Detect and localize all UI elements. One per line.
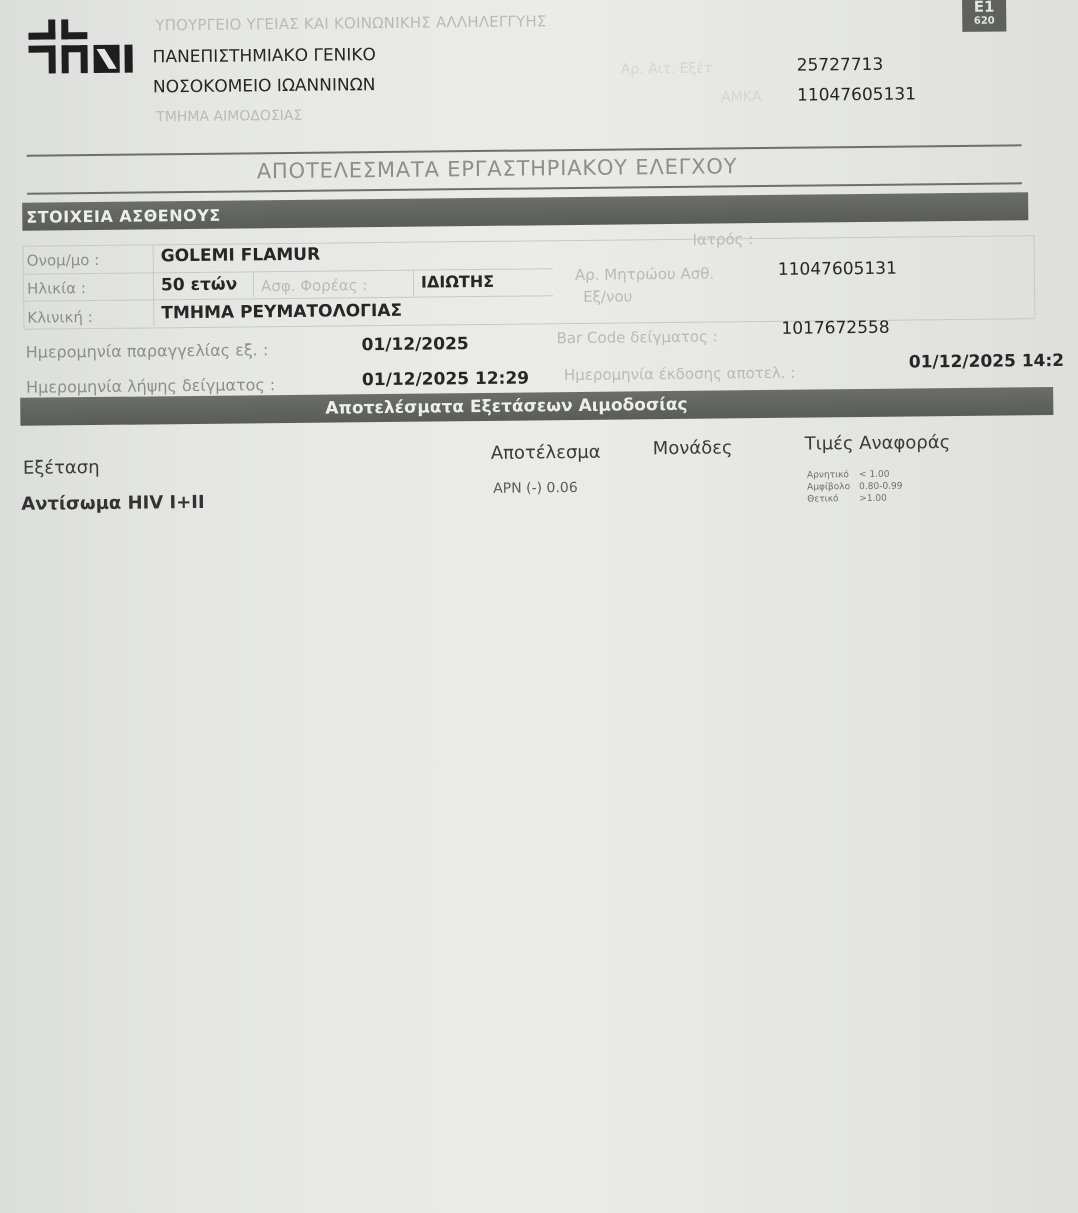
patient-clinic: ΤΜΗΜΑ ΡΕΥΜΑΤΟΛΟΓΙΑΣ [161, 301, 402, 324]
patient-insurer: ΙΔΙΩΤΗΣ [421, 272, 494, 292]
order-date-label: Ημερομηνία παραγγελίας εξ. : [26, 340, 269, 362]
form-code: E1 [974, 0, 995, 16]
column-reference: Τιμές Αναφοράς [805, 432, 951, 455]
request-number: 25727713 [797, 55, 884, 76]
results-section-title: Αποτελέσματα Εξετάσεων Αιμοδοσίας [325, 395, 687, 419]
release-date: 01/12/2025 14:2 [909, 351, 1064, 373]
patient-section-header: ΣΤΟΙΧΕΙΑ ΑΣΘΕΝΟΥΣ [22, 192, 1028, 231]
form-number: 620 [962, 15, 1006, 27]
test-result: ΑΡΝ (-) 0.06 [493, 480, 578, 497]
patient-name: GOLEMI FLAMUR [161, 245, 321, 267]
divider [27, 182, 1022, 194]
barcode-label: Bar Code δείγματος : [556, 328, 717, 348]
form-code-badge: E1 620 [962, 0, 1006, 32]
column-units: Μονάδες [653, 437, 733, 459]
divider [27, 144, 1022, 156]
document-title: ΑΠΟΤΕΛΕΣΜΑΤΑ ΕΡΓΑΣΤΗΡΙΑΚΟΥ ΕΛΕΓΧΟΥ [257, 154, 738, 183]
test-name: Αντίσωμα HIV I+II [21, 492, 205, 515]
department-name: ΤΜΗΜΑ ΑΙΜΟΔΟΣΙΑΣ [156, 108, 302, 126]
doctor-label: Ιατρός : [692, 230, 753, 249]
order-date: 01/12/2025 [362, 334, 469, 355]
amka-label: ΑΜΚΑ [721, 89, 762, 105]
sample-date-label: Ημερομηνία λήψης δείγματος : [26, 375, 275, 397]
sample-date: 01/12/2025 12:29 [362, 368, 529, 390]
release-date-label: Ημερομηνία έκδοσης αποτελ. : [564, 364, 796, 384]
reference-negative: Αρνητικό< 1.00 [807, 469, 902, 482]
record-number: 11047605131 [778, 259, 897, 280]
reference-ranges: Αρνητικό< 1.00 Αμφίβολο0.80-0.99 Θετικό>… [807, 469, 903, 506]
column-test: Εξέταση [23, 457, 100, 479]
clinic-label: Κλινική : [27, 308, 93, 327]
hospital-name-line1: ΠΑΝΕΠΙΣΤΗΜΙΑΚΟ ΓΕΝΙΚΟ [153, 45, 376, 67]
column-result: Αποτέλεσμα [491, 442, 601, 464]
hospital-name-line2: ΝΟΣΟΚΟΜΕΙΟ ΙΩΑΝΝΙΝΩΝ [153, 75, 376, 97]
record-number-label: Αρ. Μητρώου Ασθ. [575, 265, 714, 284]
reference-positive: Θετικό>1.00 [807, 493, 902, 506]
ministry-name: ΥΠΟΥΡΓΕΙΟ ΥΓΕΙΑΣ ΚΑΙ ΚΟΙΝΩΝΙΚΗΣ ΑΛΛΗΛΕΓΓ… [155, 12, 546, 34]
age-label: Ηλικία : [27, 279, 86, 298]
record-number-label-2: Εξ/νου [583, 287, 632, 306]
amka-number: 11047605131 [797, 84, 916, 105]
lab-report-page: ΥΠΟΥΡΓΕΙΟ ΥΓΕΙΑΣ ΚΑΙ ΚΟΙΝΩΝΙΚΗΣ ΑΛΛΗΛΕΓΓ… [0, 0, 1078, 1213]
patient-age: 50 ετών [161, 275, 237, 296]
name-label: Ονομ/μο : [27, 251, 100, 270]
hospital-logo-icon [28, 18, 147, 75]
reference-doubtful: Αμφίβολο0.80-0.99 [807, 481, 902, 494]
insurer-label: Ασφ. Φορέας : [261, 276, 368, 295]
request-number-label: Αρ. Αιτ. Εξέτ. [621, 60, 717, 77]
patient-section-title: ΣΤΟΙΧΕΙΑ ΑΣΘΕΝΟΥΣ [26, 206, 221, 227]
barcode-number: 1017672558 [781, 318, 889, 339]
